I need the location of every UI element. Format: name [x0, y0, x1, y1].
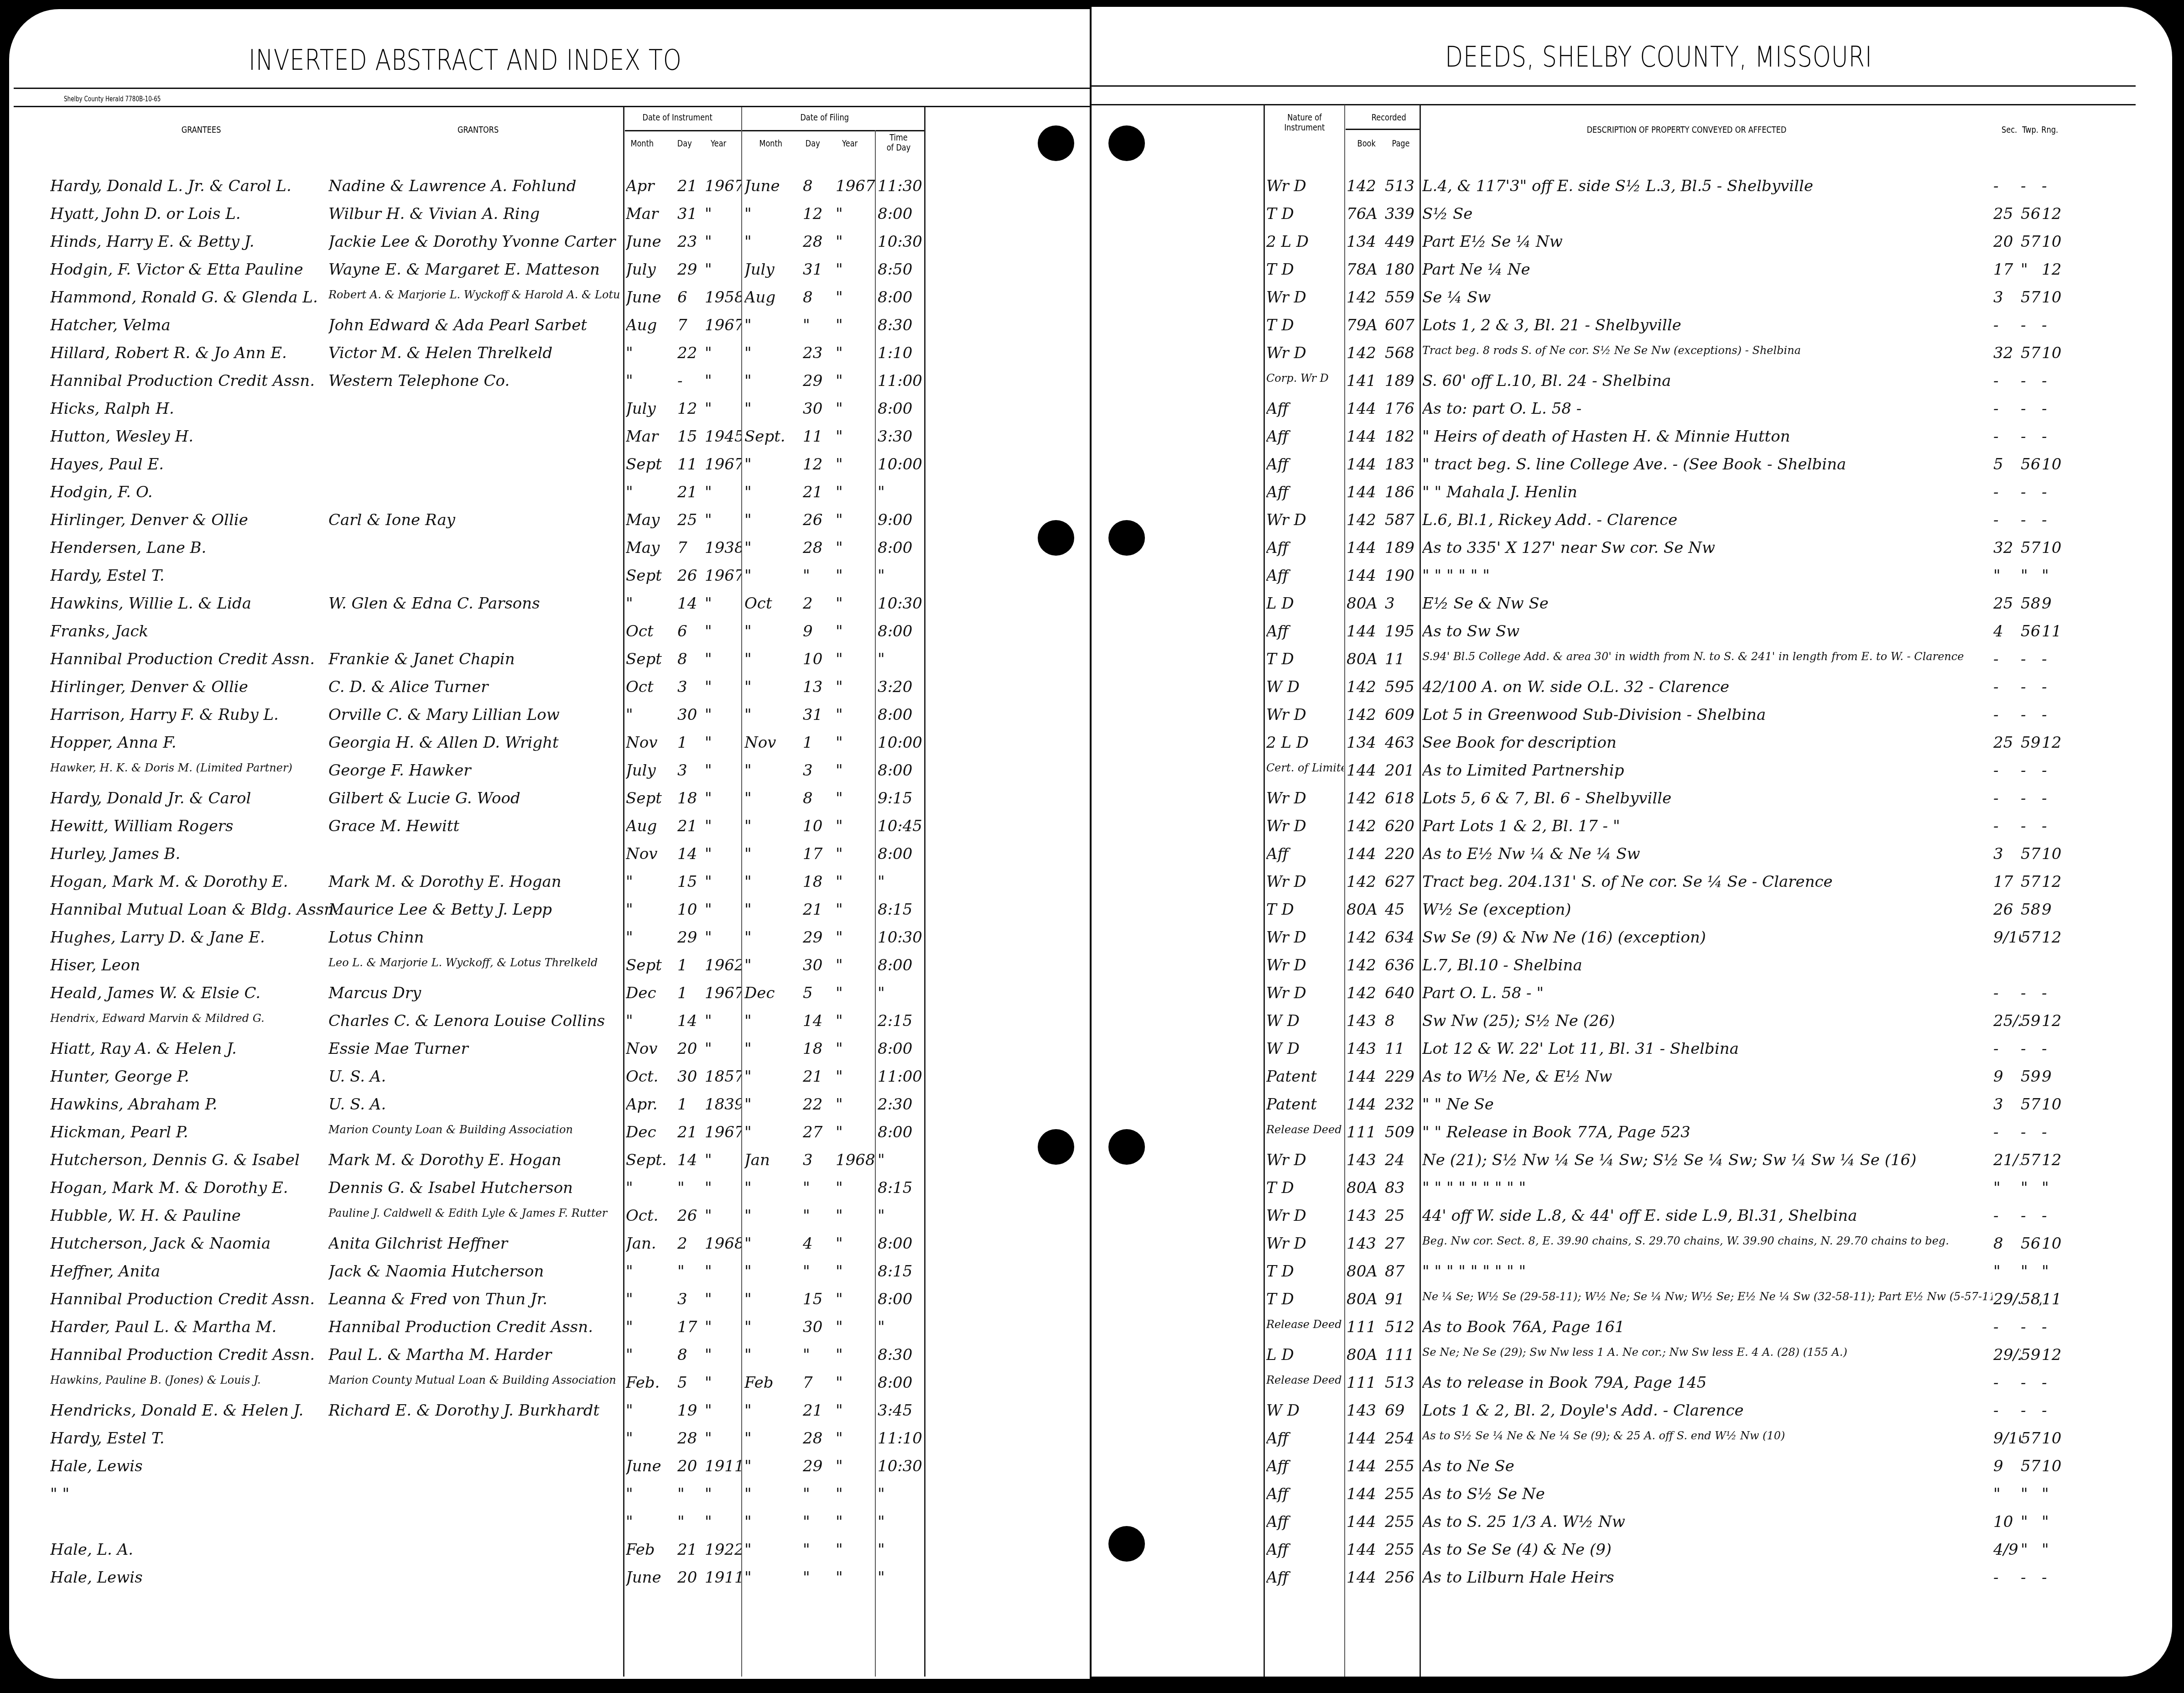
filing-month: June: [744, 177, 795, 195]
book-number: 76A: [1347, 205, 1383, 223]
nature-of-instrument: Patent: [1266, 1095, 1344, 1114]
page-number: 8: [1385, 1012, 1420, 1030]
range: 11: [2042, 1290, 2062, 1308]
book-number: 80A: [1347, 1346, 1383, 1364]
binder-hole: [1038, 125, 1074, 161]
filing-month: ": [744, 455, 795, 474]
ledger-entry-row: Harder, Paul L. & Martha M.Hannibal Prod…: [0, 1314, 2184, 1341]
filing-day: 28: [803, 233, 830, 251]
grantee-name: Hunter, George P.: [50, 1068, 342, 1086]
page-number: 559: [1385, 288, 1420, 307]
filing-day: 7: [803, 1374, 830, 1392]
instrument-month: Nov: [626, 734, 676, 752]
ledger-entry-row: Hutcherson, Jack & NaomiaAnita Gilchrist…: [0, 1231, 2184, 1257]
filing-year: ": [836, 1457, 875, 1475]
property-description: " Heirs of death of Hasten H. & Minnie H…: [1422, 427, 1992, 446]
nature-of-instrument: Wr D: [1266, 873, 1344, 891]
filing-year: ": [836, 316, 875, 334]
page-number: 620: [1385, 817, 1420, 835]
grantee-name: Hewitt, William Rogers: [50, 817, 342, 835]
instrument-month: Apr: [626, 177, 676, 195]
township: ": [2021, 1179, 2041, 1197]
grantee-name: Hutton, Wesley H.: [50, 427, 342, 446]
range: -: [2042, 1568, 2062, 1587]
filing-day: 28: [803, 1429, 830, 1448]
filing-year: ": [836, 455, 875, 474]
book-number: 142: [1347, 956, 1383, 974]
filing-year: ": [836, 789, 875, 807]
instrument-year: ": [705, 789, 741, 807]
instrument-year: ": [705, 372, 741, 390]
page-number: 255: [1385, 1457, 1420, 1475]
filing-year: ": [836, 761, 875, 780]
filing-day: 12: [803, 205, 830, 223]
nature-of-instrument: Aff: [1266, 1429, 1344, 1448]
range: -: [2042, 427, 2062, 446]
filing-year: ": [836, 1290, 875, 1308]
nature-of-instrument: Wr D: [1266, 344, 1344, 362]
nature-of-instrument: T D: [1266, 901, 1344, 919]
filing-day: 3: [803, 761, 830, 780]
section: -: [1993, 1401, 2021, 1420]
section: -: [1993, 761, 2021, 780]
instrument-month: Sept: [626, 789, 676, 807]
instrument-day: 22: [677, 344, 705, 362]
township: 58: [2021, 901, 2041, 919]
instrument-month: ": [626, 1262, 676, 1281]
nature-of-instrument: T D: [1266, 1290, 1344, 1308]
range: -: [2042, 1207, 2062, 1225]
nature-of-instrument: Wr D: [1266, 984, 1344, 1002]
page-number: 627: [1385, 873, 1420, 891]
page-number: 232: [1385, 1095, 1420, 1114]
filing-year: ": [836, 1568, 875, 1587]
property-description: Lots 1, 2 & 3, Bl. 21 - Shelbyville: [1422, 316, 1992, 334]
instrument-month: ": [626, 1346, 676, 1364]
nature-of-instrument: W D: [1266, 1401, 1344, 1420]
section: -: [1993, 706, 2021, 724]
description-header: DESCRIPTION OF PROPERTY CONVEYED OR AFFE…: [1587, 125, 1787, 135]
township: -: [2021, 706, 2041, 724]
grantor-name: George F. Hawker: [328, 761, 620, 780]
filing-month: ": [744, 372, 795, 390]
grantee-name: Hopper, Anna F.: [50, 734, 342, 752]
nature-of-instrument: Aff: [1266, 622, 1344, 641]
instrument-day: 28: [677, 1429, 705, 1448]
page-number: 634: [1385, 928, 1420, 947]
grantee-name: Hendersen, Lane B.: [50, 539, 342, 557]
grantor-name: Maurice Lee & Betty J. Lepp: [328, 901, 620, 919]
filing-month: ": [744, 678, 795, 696]
grantor-name: Western Telephone Co.: [328, 372, 620, 390]
grantee-name: Hannibal Production Credit Assn.: [50, 1290, 342, 1308]
instrument-month: Dec: [626, 984, 676, 1002]
instrument-day: 23: [677, 233, 705, 251]
instrument-month: July: [626, 761, 676, 780]
property-description: As to S½ Se ¼ Ne & Ne ¼ Se (9); & 25 A. …: [1422, 1429, 1992, 1442]
range: -: [2042, 984, 2062, 1002]
instrument-month: May: [626, 539, 676, 557]
filing-year: ": [836, 400, 875, 418]
grantee-name: Harder, Paul L. & Martha M.: [50, 1318, 342, 1336]
page-number: 255: [1385, 1541, 1420, 1559]
instrument-month: June: [626, 233, 676, 251]
property-description: Tract beg. 204.131' S. of Ne cor. Se ¼ S…: [1422, 873, 1992, 891]
ledger-entry-row: Franks, JackOct6""9"8:00Aff144195As to S…: [0, 619, 2184, 645]
time-of-day: ": [878, 1207, 923, 1225]
book-number: 111: [1347, 1374, 1383, 1392]
time-of-day: 11:00: [878, 372, 923, 390]
section: -: [1993, 817, 2021, 835]
book-number: 144: [1347, 1457, 1383, 1475]
property-description: 44' off W. side L.8, & 44' off E. side L…: [1422, 1207, 1992, 1225]
grantee-name: Hale, Lewis: [50, 1457, 342, 1475]
range: 9: [2042, 1068, 2062, 1086]
filing-year: ": [836, 678, 875, 696]
grantor-name: Carl & Ione Ray: [328, 511, 620, 529]
instrument-year: ": [705, 594, 741, 613]
section: 9: [1993, 1068, 2021, 1086]
filing-year: ": [836, 928, 875, 947]
property-description: S.94' Bl.5 College Add. & area 30' in wi…: [1422, 650, 1992, 663]
township: -: [2021, 177, 2041, 195]
filing-month: ": [744, 1179, 795, 1197]
section: -: [1993, 372, 2021, 390]
township: 57: [2021, 344, 2041, 362]
grantee-name: Hodgin, F. Victor & Etta Pauline: [50, 260, 342, 279]
instrument-day: 3: [677, 761, 705, 780]
instrument-year: 1911: [705, 1457, 741, 1475]
rng-header: Rng.: [2041, 125, 2058, 135]
grantor-name: Anita Gilchrist Heffner: [328, 1235, 620, 1253]
book-number: 142: [1347, 817, 1383, 835]
instrument-day: 14: [677, 845, 705, 863]
instrument-month: Sept.: [626, 1151, 676, 1169]
filing-day: ": [803, 1207, 830, 1225]
instrument-day: 25: [677, 511, 705, 529]
filing-month: Dec: [744, 984, 795, 1002]
grantor-name: Pauline J. Caldwell & Edith Lyle & James…: [328, 1207, 620, 1219]
property-description: As to Sw Sw: [1422, 622, 1992, 641]
instrument-year: 1967: [705, 567, 741, 585]
page-number: 568: [1385, 344, 1420, 362]
filing-day: ": [803, 1346, 830, 1364]
filing-month: Oct: [744, 594, 795, 613]
township: 57: [2021, 845, 2041, 863]
section: ": [1993, 567, 2021, 585]
time-of-day: ": [878, 1485, 923, 1503]
day-header: Day: [677, 139, 692, 149]
range: 12: [2042, 1346, 2062, 1364]
property-description: As to S. 25 1/3 A. W½ Nw: [1422, 1513, 1992, 1531]
grantor-name: Jack & Naomia Hutcherson: [328, 1262, 620, 1281]
nature-of-instrument: Wr D: [1266, 789, 1344, 807]
range: -: [2042, 817, 2062, 835]
date-of-filing-header: Date of Filing: [800, 113, 849, 123]
grantee-name: Hawkins, Pauline B. (Jones) & Louis J.: [50, 1374, 342, 1386]
township: 57: [2021, 873, 2041, 891]
instrument-year: ": [705, 511, 741, 529]
ledger-entry-row: Hodgin, F. Victor & Etta PaulineWayne E.…: [0, 257, 2184, 283]
grantee-name: Hutcherson, Dennis G. & Isabel: [50, 1151, 342, 1169]
time-of-day: 8:00: [878, 1040, 923, 1058]
ledger-entry-row: Hubble, W. H. & PaulinePauline J. Caldwe…: [0, 1203, 2184, 1229]
township: ": [2021, 1262, 2041, 1281]
property-description: L.6, Bl.1, Rickey Add. - Clarence: [1422, 511, 1992, 529]
book-number: 144: [1347, 567, 1383, 585]
filing-month: ": [744, 344, 795, 362]
instrument-month: ": [626, 344, 676, 362]
instrument-year: ": [705, 1290, 741, 1308]
filing-day: ": [803, 1513, 830, 1531]
property-description: As to 335' X 127' near Sw cor. Se Nw: [1422, 539, 1992, 557]
instrument-year: ": [705, 622, 741, 641]
township: -: [2021, 1123, 2041, 1141]
range: ": [2042, 1485, 2062, 1503]
filing-day: 15: [803, 1290, 830, 1308]
property-description: " " " " " " " " ": [1422, 1262, 1992, 1281]
instrument-year: ": [705, 845, 741, 863]
time-of-day: 8:00: [878, 1235, 923, 1253]
range: 12: [2042, 1012, 2062, 1030]
filing-day: 12: [803, 455, 830, 474]
grantor-name: Marion County Mutual Loan & Building Ass…: [328, 1374, 620, 1386]
grantee-name: Hirlinger, Denver & Ollie: [50, 678, 342, 696]
book-number: 144: [1347, 1485, 1383, 1503]
property-description: Tract beg. 8 rods S. of Ne cor. S½ Ne Se…: [1422, 344, 1992, 357]
grantor-name: Orville C. & Mary Lillian Low: [328, 706, 620, 724]
section: -: [1993, 678, 2021, 696]
township: -: [2021, 761, 2041, 780]
filing-day: 30: [803, 1318, 830, 1336]
nature-of-instrument: Aff: [1266, 1457, 1344, 1475]
instrument-month: Aug: [626, 817, 676, 835]
township: -: [2021, 678, 2041, 696]
instrument-day: ": [677, 1485, 705, 1503]
nature-of-instrument: Wr D: [1266, 177, 1344, 195]
month-header: Month: [630, 139, 654, 149]
grantee-name: Hiatt, Ray A. & Helen J.: [50, 1040, 342, 1058]
page-number: 25: [1385, 1207, 1420, 1225]
ledger-entry-row: Hicks, Ralph H.July12""30"8:00Aff144176A…: [0, 396, 2184, 422]
township: 59: [2021, 1068, 2041, 1086]
ledger-entry-row: Hannibal Production Credit Assn.Leanna &…: [0, 1287, 2184, 1313]
twp-header: Twp.: [2022, 125, 2038, 135]
grantee-name: Hendrix, Edward Marvin & Mildred G.: [50, 1012, 342, 1025]
instrument-day: 3: [677, 1290, 705, 1308]
range: 10: [2042, 1429, 2062, 1448]
township: 57: [2021, 1457, 2041, 1475]
range: 12: [2042, 928, 2062, 947]
section: ": [1993, 1262, 2021, 1281]
township: 57: [2021, 928, 2041, 947]
range: 10: [2042, 845, 2062, 863]
page-number: 513: [1385, 177, 1420, 195]
ledger-entry-row: Hillard, Robert R. & Jo Ann E.Victor M. …: [0, 340, 2184, 367]
grantee-name: Hirlinger, Denver & Ollie: [50, 511, 342, 529]
filing-month: ": [744, 873, 795, 891]
filing-month: ": [744, 1262, 795, 1281]
ledger-entry-row: Hurley, James B.Nov14""17"8:00Aff144220A…: [0, 841, 2184, 868]
nature-of-instrument: L D: [1266, 594, 1344, 613]
instrument-month: ": [626, 873, 676, 891]
nature-of-instrument: Wr D: [1266, 1151, 1344, 1169]
book-number: 134: [1347, 233, 1383, 251]
filing-year: ": [836, 511, 875, 529]
filing-day: ": [803, 1568, 830, 1587]
ledger-entry-row: Hiser, LeonLeo L. & Marjorie L. Wyckoff,…: [0, 953, 2184, 979]
grantors-header: GRANTORS: [458, 125, 499, 135]
township: -: [2021, 1318, 2041, 1336]
filing-month: Sept.: [744, 427, 795, 446]
instrument-month: Feb: [626, 1541, 676, 1559]
filing-day: 30: [803, 956, 830, 974]
rule: [14, 88, 1090, 89]
township: -: [2021, 1040, 2041, 1058]
filing-year: ": [836, 539, 875, 557]
property-description: S. 60' off L.10, Bl. 24 - Shelbina: [1422, 372, 1992, 390]
filing-day: 31: [803, 706, 830, 724]
page-number: 27: [1385, 1235, 1420, 1253]
grantor-name: Dennis G. & Isabel Hutcherson: [328, 1179, 620, 1197]
filing-day: 21: [803, 1401, 830, 1420]
ledger-entry-row: Harrison, Harry F. & Ruby L.Orville C. &…: [0, 702, 2184, 729]
township: 58: [2021, 594, 2041, 613]
time-of-day: 2:30: [878, 1095, 923, 1114]
section: 9/10: [1993, 1429, 2021, 1448]
instrument-year: ": [705, 1513, 741, 1531]
township: 56: [2021, 205, 2041, 223]
instrument-month: Mar: [626, 205, 676, 223]
time-of-day: 8:30: [878, 316, 923, 334]
grantee-name: Hatcher, Velma: [50, 316, 342, 334]
ledger-entry-row: Hunter, George P.U. S. A.Oct.301857"21"1…: [0, 1064, 2184, 1090]
time-of-day: 8:00: [878, 1290, 923, 1308]
instrument-day: 11: [677, 455, 705, 474]
instrument-day: 14: [677, 594, 705, 613]
time-of-day: 10:30: [878, 594, 923, 613]
page-number: 189: [1385, 372, 1420, 390]
grantee-name: Hardy, Donald Jr. & Carol: [50, 789, 342, 807]
page-number: 618: [1385, 789, 1420, 807]
instrument-day: 10: [677, 901, 705, 919]
property-description: Sw Se (9) & Nw Ne (16) (exception): [1422, 928, 1992, 947]
grantee-name: Hannibal Production Credit Assn.: [50, 372, 342, 390]
instrument-day: 21: [677, 1541, 705, 1559]
section: -: [1993, 400, 2021, 418]
filing-year: ": [836, 483, 875, 501]
township: ": [2021, 260, 2041, 279]
filing-month: ": [744, 845, 795, 863]
instrument-month: ": [626, 706, 676, 724]
filing-year: ": [836, 1235, 875, 1253]
time-of-day: 10:00: [878, 734, 923, 752]
nature-of-instrument: T D: [1266, 1262, 1344, 1281]
filing-year: ": [836, 1040, 875, 1058]
township: -: [2021, 372, 2041, 390]
grantee-name: Hickman, Pearl P.: [50, 1123, 342, 1141]
property-description: Lot 12 & W. 22' Lot 11, Bl. 31 - Shelbin…: [1422, 1040, 1992, 1058]
ledger-entry-row: Hendricks, Donald E. & Helen J.Richard E…: [0, 1398, 2184, 1424]
nature-of-instrument: 2 L D: [1266, 233, 1344, 251]
page-number: 255: [1385, 1513, 1420, 1531]
instrument-month: Oct.: [626, 1207, 676, 1225]
ledger-entry-row: Hiatt, Ray A. & Helen J.Essie Mae Turner…: [0, 1036, 2184, 1063]
section: -: [1993, 316, 2021, 334]
range: ": [2042, 1513, 2062, 1531]
book-number: 142: [1347, 288, 1383, 307]
grantor-name: John Edward & Ada Pearl Sarbet: [328, 316, 620, 334]
township: 56: [2021, 622, 2041, 641]
filing-year: ": [836, 956, 875, 974]
time-of-day: ": [878, 483, 923, 501]
grantee-name: Hogan, Mark M. & Dorothy E.: [50, 873, 342, 891]
ledger-entry-row: " """"""""Aff144255As to S½ Se Ne""": [0, 1481, 2184, 1508]
filing-year: ": [836, 1207, 875, 1225]
filing-month: ": [744, 1485, 795, 1503]
township: 59: [2021, 1012, 2041, 1030]
filing-month: ": [744, 511, 795, 529]
page-number: 87: [1385, 1262, 1420, 1281]
nature-of-instrument: Wr D: [1266, 288, 1344, 307]
instrument-day: 21: [677, 483, 705, 501]
ledger-entry-row: Hardy, Estel T."28""28"11:10Aff144254As …: [0, 1426, 2184, 1452]
instrument-day: 12: [677, 400, 705, 418]
grantor-name: U. S. A.: [328, 1095, 620, 1114]
ledger-entry-row: Hatcher, VelmaJohn Edward & Ada Pearl Sa…: [0, 313, 2184, 339]
township: 57: [2021, 233, 2041, 251]
instrument-day: 14: [677, 1012, 705, 1030]
filing-day: 18: [803, 873, 830, 891]
section: -: [1993, 1318, 2021, 1336]
property-description: " " " " " ": [1422, 567, 1992, 585]
property-description: As to release in Book 79A, Page 145: [1422, 1374, 1992, 1392]
grantee-name: Hiser, Leon: [50, 956, 342, 974]
filing-day: 29: [803, 1457, 830, 1475]
ledger-entry-row: Heffner, AnitaJack & Naomia Hutcherson""…: [0, 1259, 2184, 1285]
grantor-name: Hannibal Production Credit Assn.: [328, 1318, 620, 1336]
filing-month: ": [744, 1012, 795, 1030]
property-description: W½ Se (exception): [1422, 901, 1992, 919]
township: 57: [2021, 1429, 2041, 1448]
section: 26: [1993, 901, 2021, 919]
property-description: Part Lots 1 & 2, Bl. 17 - ": [1422, 817, 1992, 835]
range: 9: [2042, 594, 2062, 613]
range: -: [2042, 650, 2062, 668]
township: ": [2021, 567, 2041, 585]
nature-of-instrument: W D: [1266, 1012, 1344, 1030]
grantees-header: GRANTEES: [182, 125, 221, 135]
nature-of-instrument: Aff: [1266, 427, 1344, 446]
rule: [1346, 129, 1421, 130]
instrument-day: 31: [677, 205, 705, 223]
instrument-month: Sept: [626, 956, 676, 974]
rule: [1091, 85, 2136, 87]
township: ": [2021, 1485, 2041, 1503]
section: -: [1993, 427, 2021, 446]
filing-month: ": [744, 1040, 795, 1058]
ledger-entry-row: Hogan, Mark M. & Dorothy E.Mark M. & Dor…: [0, 869, 2184, 896]
filing-month: ": [744, 1290, 795, 1308]
book-number: 144: [1347, 761, 1383, 780]
instrument-year: ": [705, 873, 741, 891]
instrument-year: 1911: [705, 1568, 741, 1587]
page-number: 189: [1385, 539, 1420, 557]
grantor-name: Richard E. & Dorothy J. Burkhardt: [328, 1401, 620, 1420]
property-description: Lot 5 in Greenwood Sub-Division - Shelbi…: [1422, 706, 1992, 724]
page-number: 607: [1385, 316, 1420, 334]
property-description: Part E½ Se ¼ Nw: [1422, 233, 1992, 251]
